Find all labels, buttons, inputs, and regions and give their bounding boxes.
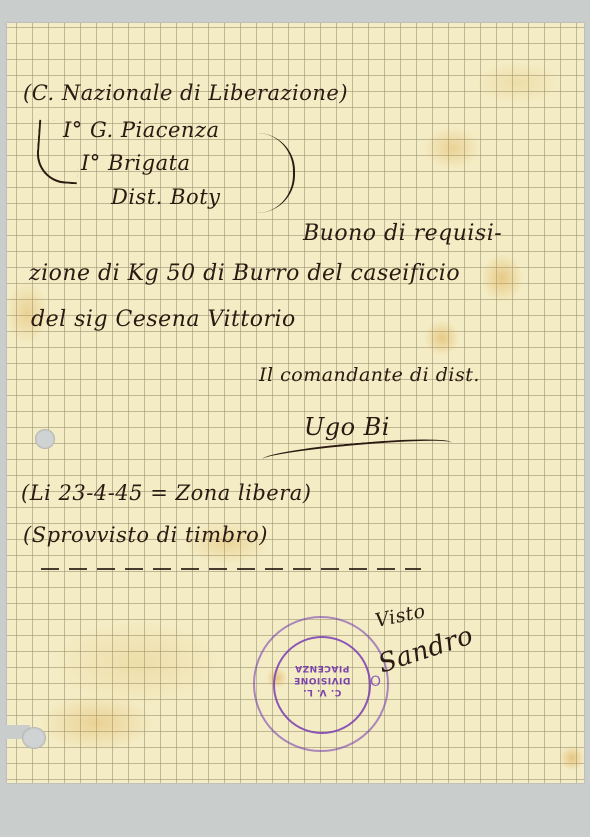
dashed-separator (41, 568, 421, 570)
footer-note-line: (Sprovvisto di timbro) (23, 523, 268, 547)
header-line-2: I° G. Piacenza (63, 118, 220, 142)
body-line-3: del sig Cesena Vittorio (31, 307, 296, 332)
signature-title: Il comandante di dist. (259, 364, 480, 386)
stamp-line-2: DIVISIONE (275, 674, 369, 686)
torn-punch-hole (22, 727, 46, 749)
stamp-text: C. V. L. DIVISIONE PIACENZA (275, 662, 369, 698)
body-line-2: zione di Kg 50 di Burro del caseificio (29, 261, 460, 286)
footer-date-line: (Li 23-4-45 = Zona libera) (21, 481, 311, 505)
countersign-visto: Visto (373, 600, 427, 632)
header-line-1: (C. Nazionale di Liberazione) (23, 81, 348, 105)
stamp-inner-ring: C. V. L. DIVISIONE PIACENZA (273, 636, 371, 734)
official-stamp: C. V. L. DIVISIONE PIACENZA O (253, 616, 389, 752)
bracket-right (257, 133, 295, 213)
stamp-line-1: C. V. L. (275, 686, 369, 698)
document-page: (C. Nazionale di Liberazione) I° G. Piac… (7, 23, 584, 783)
header-line-4: Dist. Boty (111, 185, 221, 209)
punch-hole (35, 429, 55, 449)
header-line-3: I° Brigata (81, 151, 191, 175)
body-line-1: Buono di requisi- (303, 221, 502, 246)
signature-name: Ugo Bi (304, 413, 390, 441)
stamp-outer-glyph: O (370, 674, 381, 690)
stamp-line-3: PIACENZA (275, 662, 369, 674)
